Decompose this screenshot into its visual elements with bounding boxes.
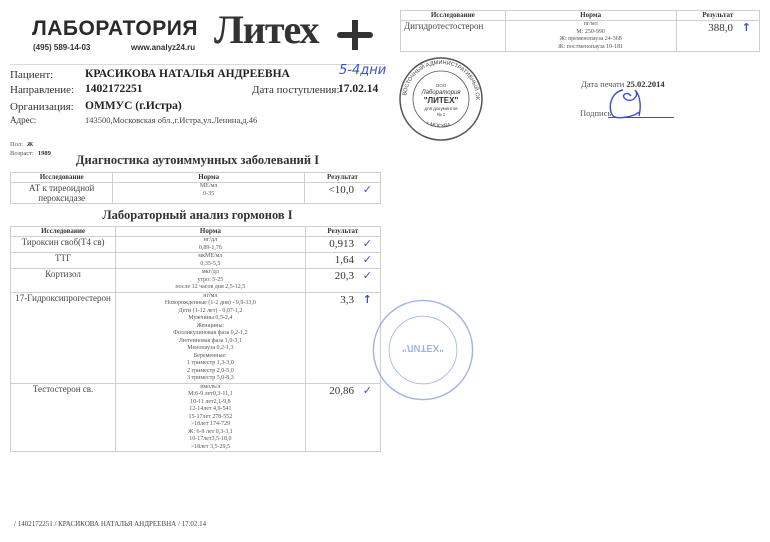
reference-range: пг/млМ: 250-990Ж: пременопауза 24-368Ж: … <box>505 21 676 52</box>
column-header: Результат <box>676 11 759 21</box>
patient-label: Пациент: <box>10 69 53 81</box>
test-result: 1,64✓ <box>305 253 380 269</box>
column-header: Норма <box>505 11 676 21</box>
lab-phone: (495) 589-14-03 <box>33 43 90 52</box>
svg-text:для документов: для документов <box>424 106 458 111</box>
test-name: 17-Гидроксипрогестерон <box>11 292 116 383</box>
referral-number: 1402172251 <box>85 83 143 95</box>
lab-stamp: ВОСТОЧНЫЙ АДМИНИСТРАТИВНЫЙ ОКРУГ г. МОСК… <box>398 56 484 142</box>
reference-range: пмоль/лМ:6-9 лет0,3-11,110-11 лет2,1-9,8… <box>116 383 305 452</box>
column-header: Норма <box>116 227 305 237</box>
reference-range: МЕ/мл0-35 <box>113 183 305 204</box>
table-row: ТТГмкМЕ/мл0,35-5,51,64✓ <box>11 253 381 269</box>
reference-range: мкМЕ/мл0,35-5,5 <box>116 253 305 269</box>
table-header-row: ИсследованиеНормаРезультат <box>11 173 381 183</box>
checkmark-icon: ✓ <box>363 253 372 267</box>
referral-label: Направление: <box>10 84 74 96</box>
table-row: Кортизолмкг/длутро: 5-25после 12 часов д… <box>11 269 381 293</box>
org-value: ОММУС (г.Истра) <box>85 100 182 112</box>
test-name: Кортизол <box>11 269 116 293</box>
handwritten-note: 5-4дни <box>339 63 386 78</box>
hormones-table: ИсследованиеНормаРезультатТироксин своб(… <box>10 226 381 452</box>
faint-stamp-imprint: "ЛИТЕХ" <box>371 298 475 402</box>
result-value: 388,0 <box>708 22 733 34</box>
checkmark-icon: ✓ <box>363 237 372 251</box>
table-row: АТ к тиреоидной пероксидазеМЕ/мл0-35<10,… <box>11 183 381 204</box>
lab-website: www.analyz24.ru <box>131 43 195 52</box>
table-header-row: ИсследованиеНормаРезультат <box>401 11 760 21</box>
test-result: 20,3✓ <box>305 269 380 293</box>
test-result: 0,913✓ <box>305 237 380 253</box>
column-header: Исследование <box>11 227 116 237</box>
reference-range: нг/дл0,89-1,76 <box>116 237 305 253</box>
result-value: 20,86 <box>329 385 354 397</box>
footer-text: / 1402172251 / КРАСИКОВА НАТАЛЬЯ АНДРЕЕВ… <box>14 520 206 528</box>
test-result: <10,0✓ <box>304 183 380 204</box>
svg-text:г. МОСКВА: г. МОСКВА <box>425 120 452 129</box>
brand-cross-icon <box>337 20 373 50</box>
table-header-row: ИсследованиеНормаРезультат <box>11 227 381 237</box>
section1-title: Диагностика аутоиммунных заболеваний I <box>10 153 385 168</box>
org-label: Организация: <box>10 101 74 113</box>
column-header: Результат <box>305 227 380 237</box>
dht-table: ИсследованиеНормаРезультатДигидротестост… <box>400 10 760 52</box>
autoimmune-table: ИсследованиеНормаРезультатАТ к тиреоидно… <box>10 172 381 204</box>
received-date: 17.02.14 <box>338 83 378 95</box>
svg-text:ООО: ООО <box>436 83 447 88</box>
svg-text:№ 1: № 1 <box>437 112 446 117</box>
header-divider <box>10 64 385 65</box>
column-header: Норма <box>113 173 305 183</box>
result-value: 1,64 <box>335 254 354 266</box>
section2-title: Лабораторный анализ гормонов I <box>10 208 385 223</box>
table-row: Тестостерон св.пмоль/лМ:6-9 лет0,3-11,11… <box>11 383 381 452</box>
signature-scribble <box>605 86 651 120</box>
test-result: 388,0↑ <box>676 21 759 52</box>
result-value: 3,3 <box>340 294 354 306</box>
test-result: 3,3↑ <box>305 292 380 383</box>
table-row: Дигидротестостеронпг/млМ: 250-990Ж: прем… <box>401 21 760 52</box>
reference-range: мкг/длутро: 5-25после 12 часов дня 2,5-1… <box>116 269 305 293</box>
svg-text:"ЛИТЕХ": "ЛИТЕХ" <box>402 342 444 353</box>
address-label: Адрес: <box>10 115 36 125</box>
brand-logo-text: Литех <box>214 8 318 52</box>
lab-report-page: ЛАБОРАТОРИЯ (495) 589-14-03 www.analyz24… <box>0 0 770 542</box>
test-name: АТ к тиреоидной пероксидазе <box>11 183 113 204</box>
result-value: 0,913 <box>329 238 354 250</box>
test-name: Тестостерон св. <box>11 383 116 452</box>
column-header: Исследование <box>11 173 113 183</box>
table-row: 17-Гидроксипрогестероннг/млНоворожденные… <box>11 292 381 383</box>
patient-name: КРАСИКОВА НАТАЛЬЯ АНДРЕЕВНА <box>85 68 290 80</box>
test-name: ТТГ <box>11 253 116 269</box>
reference-range: нг/млНоворожденные (1-2 дня) - 9,9-33,0Д… <box>116 292 305 383</box>
checkmark-icon: ✓ <box>363 183 372 197</box>
address-value: 143500,Московская обл.,г.Истра,ул.Ленина… <box>85 115 257 125</box>
table-row: Тироксин своб(Т4 св)нг/дл0,89-1,760,913✓ <box>11 237 381 253</box>
test-name: Дигидротестостерон <box>401 21 506 52</box>
arrow-up-mark-icon: ↑ <box>742 21 751 35</box>
column-header: Результат <box>304 173 380 183</box>
column-header: Исследование <box>401 11 506 21</box>
test-name: Тироксин своб(Т4 св) <box>11 237 116 253</box>
result-value: 20,3 <box>335 270 354 282</box>
received-label: Дата поступления: <box>252 84 340 96</box>
result-value: <10,0 <box>329 184 354 196</box>
svg-text:"ЛИТЕХ": "ЛИТЕХ" <box>424 96 459 105</box>
checkmark-icon: ✓ <box>363 269 372 283</box>
lab-word: ЛАБОРАТОРИЯ <box>32 17 198 41</box>
test-result: 20,86✓ <box>305 383 380 452</box>
